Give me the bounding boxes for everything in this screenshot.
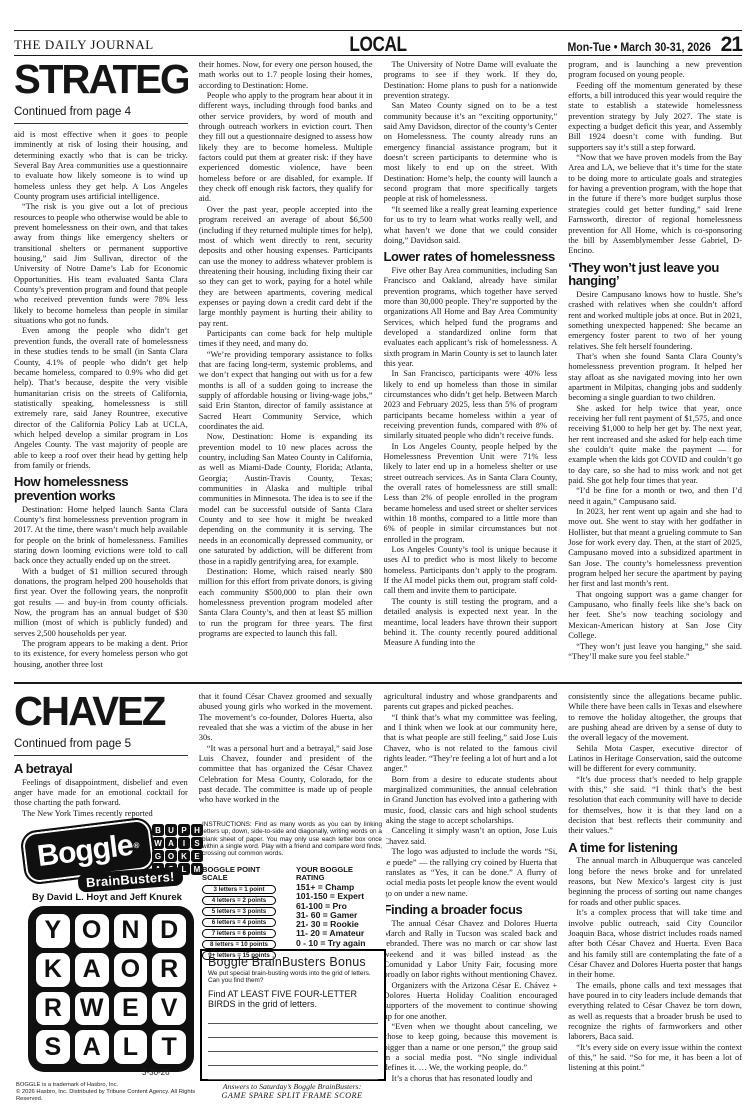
previous-answers-words: GAME SPARE SPLIT FRAME SCORE [200,1091,384,1100]
list-item: O [114,953,148,987]
puzzle-instructions: INSTRUCTIONS: Find as many words as you … [202,821,382,857]
article-paragraph: People who apply to the program hear abo… [199,91,373,205]
previous-answers-label: Answers to Saturday’s Boggle BrainBuster… [200,1082,384,1091]
article-paragraph: Over the past year, people accepted into… [199,205,373,329]
article-paragraph: “We’re providing temporary assistance to… [199,350,373,433]
article-subhead: Finding a broader focus [384,903,558,917]
article-paragraph: Five other Bay Area communities, includi… [384,266,558,369]
article-paragraph: The county is still testing the program,… [384,597,558,649]
article-paragraph: It’s a chorus that has resonated loudly … [384,1074,558,1084]
article-paragraph: Participants can come back for help mult… [199,329,373,350]
article-paragraph: Los Angeles County’s tool is unique beca… [384,545,558,597]
article-subhead: ‘They won’t just leave you hanging’ [568,261,742,288]
article-paragraph: The annual march in Albuquerque was canc… [568,856,742,908]
previous-answers: Answers to Saturday’s Boggle BrainBuster… [200,1082,384,1100]
list-item: S [36,1030,70,1064]
answer-blank-line [208,1010,378,1024]
list-item: T [152,1030,186,1064]
strategy-column-3: The University of Notre Dame will evalua… [384,60,558,680]
article-paragraph: Destination: Home helped launch Santa Cl… [14,505,188,567]
chavez-column-4: consistently since the allegations becam… [568,692,742,1116]
article-paragraph: “I’d be fine for a month or two, and the… [568,486,742,507]
list-item: K [178,850,190,862]
article-paragraph: Born from a desire to educate students a… [384,775,558,827]
article-paragraph: “It’s due process that’s needed to help … [568,775,742,837]
chavez-headline: CHAVEZ [14,692,184,731]
article-paragraph: The program appears to be making a dent.… [14,639,188,670]
issue-date: Mon-Tue • March 30-31, 2026 [567,42,710,54]
masthead: THE DAILY JOURNAL LOCAL Mon-Tue • March … [14,33,742,54]
article-paragraph: The annual César Chavez and Dolores Huer… [384,919,558,981]
article-paragraph: Now, Destination: Home is expanding its … [199,432,373,566]
page-number: 21 [721,33,742,57]
list-item: A [75,953,109,987]
article-subhead: Lower rates of homelessness [384,250,558,264]
puzzle-date-code: 3-30-26 [142,1068,170,1077]
article-paragraph: that it found César Chavez groomed and s… [199,692,373,744]
list-item: O [165,850,177,862]
article-paragraph: The University of Notre Dame will evalua… [384,60,558,101]
article-paragraph: “It’s every side on every issue within t… [568,1043,742,1074]
boggle-letter-grid: YONDKAORRWEVSALT [28,906,194,1072]
bonus-title: Boggle BrainBusters Bonus [208,955,378,969]
article-paragraph: The logo was adjusted to include the wor… [384,847,558,899]
list-item: D [152,914,186,948]
list-item: A [75,1030,109,1064]
list-item: R [152,953,186,987]
article-paragraph: consistently since the allegations becam… [568,692,742,744]
article-paragraph: In 2023, her rent went up again and she … [568,507,742,590]
boggle-logo-text: Boggle [36,829,135,874]
rating-list: 151+ = Champ101-150 = Expert61-100 = Pro… [296,883,386,948]
article-paragraph: “They won’t just leave you hanging,” she… [568,642,742,663]
masthead-bottom-rule [14,55,742,56]
list-item: E [114,992,148,1026]
article-paragraph: Even among the people who didn’t get pre… [14,326,188,471]
headline-rule [14,755,188,756]
list-item: 6 letters = 4 points [202,918,276,927]
list-item: L [114,1030,148,1064]
list-item: U [165,824,177,836]
section-title: LOCAL [349,33,406,57]
article-subhead: A time for listening [568,841,742,855]
article-paragraph: Desire Campusano knows how to hustle. Sh… [568,290,742,352]
answer-blank-line [208,1066,378,1080]
list-item: O [75,914,109,948]
answer-blank-line [208,1052,378,1066]
article-paragraph: That ongoing support was a game changer … [568,590,742,642]
list-item: K [36,953,70,987]
article-paragraph: In Los Angeles County, people helped by … [384,442,558,545]
strategy-column-1: STRATEGY Continued from page 4 aid is mo… [14,60,188,680]
article-paragraph: “Even when we thought about canceling, w… [384,1022,558,1074]
list-item: R [36,992,70,1026]
bonus-box: Boggle BrainBusters Bonus We put special… [200,949,386,1081]
date-page-group: Mon-Tue • March 30-31, 2026 21 [555,33,742,57]
list-item: G [152,850,164,862]
article-paragraph: That’s when she found Santa Clara County… [568,352,742,404]
chavez-column-3: agricultural industry and whose grandpar… [384,692,558,1116]
strategy-continued-from: Continued from page 4 [14,106,188,118]
list-item: 4 letters = 2 points [202,896,276,905]
list-item: Y [36,914,70,948]
article-paragraph: Feelings of disappointment, disbelief an… [14,778,188,809]
article-paragraph: She asked for help twice that year, once… [568,404,742,487]
article-paragraph: their homes. Now, for every one person h… [199,60,373,91]
bonus-challenge: Find AT LEAST FIVE FOUR-LETTER BIRDS in … [208,989,378,1010]
strategy-column-2: their homes. Now, for every one person h… [199,60,373,680]
puzzle-byline: By David L. Hoyt and Jeff Knurek [14,892,200,903]
article-paragraph: program, and is launching a new preventi… [568,60,742,81]
article-paragraph: With a budget of $1 million secured thro… [14,567,188,639]
point-scale-title: BOGGLE POINT SCALE [202,866,264,882]
article-paragraph: Sehila Mota Casper, executive director o… [568,744,742,775]
article-divider-rule [14,682,742,684]
rating-title: YOUR BOGGLE RATING [296,866,358,882]
bonus-text: We put special brain-busting words into … [208,970,378,985]
article-subhead: How homelessness prevention works [14,475,188,502]
trademark-lines: BOGGLE is a trademark of Hasbro, Inc. © … [16,1082,198,1103]
list-item: P [178,824,190,836]
list-item: B [152,824,164,836]
chavez-column-1-text: A betrayalFeelings of disappointment, di… [14,762,188,819]
article-paragraph: The emails, phone calls and text message… [568,981,742,1043]
masthead-top-rule [14,30,742,31]
headline-rule [14,123,188,124]
article-paragraph: Destination: Home, which raised nearly $… [199,567,373,639]
list-item: 0 - 10 = Try again [296,939,386,948]
trademark-line-1: BOGGLE is a trademark of Hasbro, Inc. [16,1082,198,1089]
trademark-line-2: © 2026 Hasbro, Inc. Distributed by Tribu… [16,1089,198,1103]
list-item: I [178,837,190,849]
article-paragraph: In San Francisco, participants were 40% … [384,369,558,441]
answer-blank-line [208,1038,378,1052]
boggle-puzzle-ad: Boggle® BUPHWAISGOKEAGLM BrainBusters! B… [14,818,386,1116]
article-paragraph: “Now that we have proven models from the… [568,153,742,256]
paper-name: THE DAILY JOURNAL [14,37,154,53]
list-item: W [75,992,109,1026]
chavez-continued-from: Continued from page 5 [14,738,188,750]
article-paragraph: Feeding off the momentum generated by th… [568,81,742,153]
article-paragraph: “It seemed like a really great learning … [384,205,558,246]
list-item: 5 letters = 3 points [202,907,276,916]
list-item: 3 letters = 1 point [202,885,276,894]
article-paragraph: Canceling it simply wasn’t an option, Jo… [384,826,558,847]
list-item: W [152,837,164,849]
strategy-article: STRATEGY Continued from page 4 aid is mo… [14,60,742,680]
list-item: 7 letters = 6 points [202,929,276,938]
strategy-column-4: program, and is launching a new preventi… [568,60,742,680]
article-paragraph: San Mateo County signed on to be a test … [384,101,558,204]
strategy-headline: STRATEGY [14,60,184,99]
list-item: V [152,992,186,1026]
article-paragraph: agricultural industry and whose grandpar… [384,692,558,713]
article-paragraph: “It was a personal hurt and a betrayal,”… [199,744,373,806]
article-subhead: A betrayal [14,762,188,776]
list-item: A [165,837,177,849]
article-paragraph: aid is most effective when it goes to pe… [14,130,188,202]
article-paragraph: “The risk is you give out a lot of preci… [14,202,188,326]
registered-trademark-icon: ® [133,840,139,850]
list-item: 8 letters = 10 points [202,940,276,949]
answer-blank-line [208,1024,378,1038]
article-paragraph: It’s a complex process that will take ti… [568,908,742,980]
list-item: N [114,914,148,948]
strategy-column-1-text: aid is most effective when it goes to pe… [14,130,188,670]
article-paragraph: Organizers with the Arizona César E. Chá… [384,981,558,1022]
article-paragraph: “I think that’s what my committee was fe… [384,713,558,775]
